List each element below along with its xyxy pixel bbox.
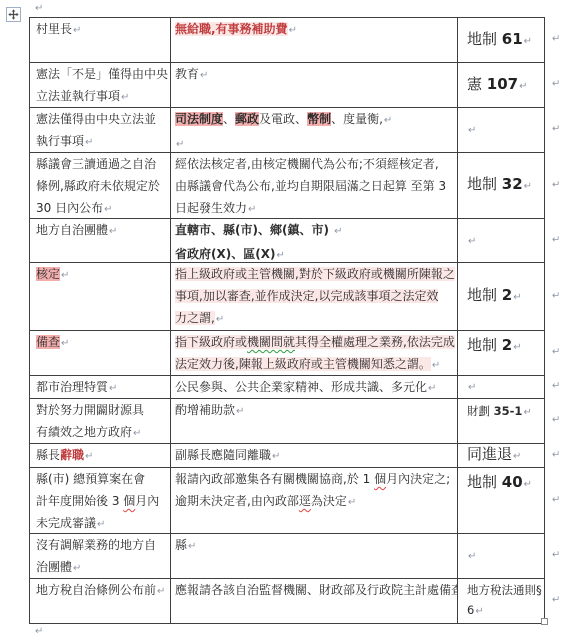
text-line: 司法制度、郵政及電政、幣制、度量衡,↵: [175, 108, 454, 132]
text-segment: 財劃: [467, 404, 494, 418]
table-row: 村里長↵無給職,有事務補助費↵地制 61↵↵: [30, 18, 544, 63]
text-line: 地方稅法通則§: [467, 580, 540, 600]
citation-cell[interactable]: 地制 40↵: [458, 468, 542, 533]
text-segment: 61: [502, 30, 523, 48]
table-row: 憲法「不是」僅得由中央立法並執行事項↵教育↵憲 107↵↵: [30, 63, 544, 108]
text-line: 備查↵: [36, 331, 165, 355]
term-cell[interactable]: 核定↵: [30, 263, 171, 330]
text-segment: 由縣議會代為公布,並均自期限屆滿之日起算 至第 3: [175, 179, 446, 193]
end-of-cell-mark: ↵: [348, 497, 356, 508]
text-line: 村里長↵: [36, 18, 165, 42]
text-line: 教育↵: [175, 63, 454, 87]
end-of-cell-mark: ↵: [200, 70, 208, 81]
text-segment: 沒有調解業務的地方自: [36, 538, 156, 552]
paragraph-mark: ↵: [35, 627, 43, 637]
table-row: 憲法僅得由中央立法並執行事項↵司法制度、郵政及電政、幣制、度量衡,↵↵↵↵: [30, 108, 544, 153]
text-segment: 憲法「不是」僅得由中央: [36, 67, 168, 81]
definition-cell[interactable]: 指下級政府或機關間就其得全權處理之業務,依法完成法定效力後,陳報上級政府或主管機…: [171, 331, 458, 375]
definition-cell[interactable]: 經依法核定者,由核定機關代為公布;不須經核定者,由縣議會代為公布,並均自期限屆滿…: [171, 153, 458, 218]
definition-cell[interactable]: 縣↵: [171, 534, 458, 578]
text-segment: 縣議會三讀通過之自治: [36, 157, 156, 171]
text-line: 地方自治團體↵: [36, 219, 165, 243]
definition-cell[interactable]: 應報請各該自治監督機關、財政部及行政院主計處備查 ↵: [171, 579, 458, 623]
end-of-row-mark: ↵: [552, 596, 560, 606]
text-segment: 教育: [175, 67, 199, 81]
end-of-cell-mark: ↵: [432, 360, 440, 371]
end-of-row-mark: ↵: [552, 35, 560, 45]
text-line: 地制 40↵: [467, 470, 540, 497]
end-of-cell-mark: ↵: [109, 383, 117, 394]
text-segment: 經依法核定者,由核定機關代為公布;不須經核定者,: [175, 157, 439, 171]
text-line: 直轄市、縣(市)、鄉(鎮、市) ↵: [175, 219, 454, 243]
text-line: 報請內政部邀集各有關機關協商,於 1 個月內決定之;: [175, 468, 454, 490]
end-of-cell-mark: ↵: [519, 81, 527, 92]
text-segment: 省政府(X)、區(X): [175, 247, 275, 261]
end-of-cell-mark: ↵: [468, 125, 476, 136]
text-segment: 機關間就: [247, 335, 295, 349]
definition-cell[interactable]: 指上級政府或主管機關,對於下級政府或機關所陳報之事項,加以審查,並作成決定,以完…: [171, 263, 458, 330]
text-segment: 治團體: [36, 560, 72, 574]
text-segment: 村里長: [36, 22, 72, 36]
table-row: 縣議會三讀通過之自治條例,縣政府未依規定於30 日內公布↵經依法核定者,由核定機…: [30, 153, 544, 219]
text-segment: 對於努力開闢財源具: [36, 403, 144, 417]
text-segment: 憲: [467, 75, 487, 93]
text-line: 地制 2↵: [467, 283, 540, 310]
text-line: 縣(市) 總預算案在會: [36, 468, 165, 490]
text-segment: 指上級政府或主管機關,對於下級政府或機關所陳報之: [175, 267, 455, 281]
text-segment: 司法制度: [175, 112, 223, 126]
end-of-cell-mark: ↵: [61, 338, 69, 349]
text-segment: 為決定: [311, 494, 347, 508]
term-cell[interactable]: 憲法「不是」僅得由中央立法並執行事項↵: [30, 63, 171, 107]
term-cell[interactable]: 沒有調解業務的地方自治團體↵: [30, 534, 171, 578]
text-segment: 備查: [36, 335, 60, 349]
text-segment: 力之謂,: [175, 311, 215, 325]
text-segment: 同進退: [467, 445, 512, 463]
text-line: 縣↵: [175, 534, 454, 558]
text-segment: 縣長: [36, 448, 60, 462]
end-of-row-mark: ↵: [552, 291, 560, 301]
text-segment: 2: [502, 286, 512, 304]
text-line: 法定效力後,陳報上級政府或主管機關知悉之謂。↵: [175, 353, 454, 375]
text-segment: 其得全權處理之業務,依法完成: [295, 335, 455, 349]
end-of-cell-mark: ↵: [133, 428, 141, 439]
text-segment: 條例,縣政府未依規定於: [36, 179, 160, 193]
text-line: 由縣議會代為公布,並均自期限屆滿之日起算 至第 3: [175, 175, 454, 197]
end-of-row-mark: ↵: [552, 382, 560, 392]
citation-cell[interactable]: ↵: [458, 219, 542, 262]
text-segment: 直轄市、縣(市)、鄉(鎮、市): [175, 223, 333, 237]
end-of-cell-mark: ↵: [289, 25, 297, 36]
citation-cell[interactable]: 憲 107↵: [458, 63, 542, 107]
term-cell[interactable]: 地方稅自治條例公布前↵: [30, 579, 171, 623]
text-line: 地制 32↵: [467, 172, 540, 199]
text-segment: 逕: [299, 494, 311, 508]
text-segment: 地制: [467, 336, 502, 354]
text-line: 應報請各該自治監督機關、財政部及行政院主計處備查 ↵: [175, 579, 454, 603]
text-line: 公民參與、公共企業家精神、形成共識、多元化↵: [175, 376, 454, 398]
definition-cell[interactable]: 無給職,有事務補助費↵: [171, 18, 458, 62]
text-segment: 32: [502, 175, 523, 193]
text-line: 無給職,有事務補助費↵: [175, 18, 454, 42]
end-of-cell-mark: ↵: [334, 226, 342, 237]
text-line: 計年度開始後 3 個月內: [36, 490, 165, 512]
text-segment: 都市治理特質: [36, 380, 108, 394]
text-segment: 有績效之地方政府: [36, 425, 132, 439]
end-of-cell-mark: ↵: [188, 541, 196, 552]
text-line: 憲 107↵: [467, 72, 540, 99]
text-line: 指下級政府或機關間就其得全權處理之業務,依法完成: [175, 331, 454, 353]
table-row: 核定↵指上級政府或主管機關,對於下級政府或機關所陳報之事項,加以審查,並作成決定…: [30, 263, 544, 331]
term-cell[interactable]: 縣長辭職↵: [30, 444, 171, 467]
text-line: 未完成審議↵: [36, 512, 165, 533]
text-segment: 月內決定之;: [386, 472, 450, 486]
end-of-cell-mark: ↵: [475, 606, 483, 617]
citation-cell[interactable]: 地方稅法通則§6↵: [458, 579, 542, 623]
text-segment: 地方稅自治條例公布前: [36, 583, 156, 597]
text-segment: 縣: [175, 538, 187, 552]
definition-cell[interactable]: 公民參與、公共企業家精神、形成共識、多元化↵: [171, 376, 458, 398]
end-of-cell-mark: ↵: [524, 479, 532, 490]
text-segment: 107: [487, 75, 518, 93]
end-of-cell-mark: ↵: [513, 451, 521, 462]
text-line: 日起發生效力↵: [175, 197, 454, 218]
end-of-cell-mark: ↵: [513, 342, 521, 353]
citation-cell[interactable]: ↵: [458, 108, 542, 152]
text-segment: 、度量衡,: [331, 112, 383, 126]
text-line: ↵: [467, 118, 540, 142]
text-segment: 地方稅法通則§: [467, 583, 542, 597]
table-row: 備查↵指下級政府或機關間就其得全權處理之業務,依法完成法定效力後,陳報上級政府或…: [30, 331, 544, 376]
end-of-cell-mark: ↵: [384, 115, 392, 126]
text-segment: 應報請各該自治監督機關、財政部及行政院主計處備查: [175, 583, 458, 597]
text-segment: 辭職: [60, 448, 84, 462]
citation-cell[interactable]: 地制 61↵: [458, 18, 542, 62]
citation-cell[interactable]: ↵: [458, 534, 542, 578]
text-line: 副縣長應隨同離職↵: [175, 444, 454, 467]
end-of-cell-mark: ↵: [428, 383, 436, 394]
text-segment: 縣(市) 總預算案在會: [36, 472, 145, 486]
text-segment: 酌增補助款: [175, 403, 235, 417]
end-of-cell-mark: ↵: [524, 181, 532, 192]
table-resize-handle[interactable]: [541, 618, 548, 625]
definition-cell[interactable]: 副縣長應隨同離職↵: [171, 444, 458, 467]
term-cell[interactable]: 備查↵: [30, 331, 171, 375]
end-of-cell-mark: ↵: [85, 451, 93, 462]
end-of-cell-mark: ↵: [468, 236, 476, 247]
citation-cell[interactable]: 地制 2↵: [458, 331, 542, 375]
citation-cell[interactable]: 財劃 35-1↵: [458, 399, 542, 443]
term-cell[interactable]: 村里長↵: [30, 18, 171, 62]
text-segment: 幣制: [307, 112, 331, 126]
end-of-cell-mark: ↵: [216, 314, 224, 325]
text-segment: 個: [123, 494, 135, 508]
text-line: 核定↵: [36, 263, 165, 287]
end-of-cell-mark: ↵: [272, 451, 280, 462]
text-segment: 地制: [467, 286, 502, 304]
text-segment: 個: [374, 472, 386, 486]
text-line: 酌增補助款↵: [175, 399, 454, 423]
end-of-cell-mark: ↵: [468, 551, 476, 562]
text-line: 省政府(X)、區(X)↵: [175, 243, 454, 262]
citation-cell[interactable]: 地制 32↵: [458, 153, 542, 218]
end-of-cell-mark: ↵: [513, 292, 521, 303]
text-line: 財劃 35-1↵: [467, 401, 540, 423]
end-of-row-mark: ↵: [552, 416, 560, 426]
paragraph-mark: ↵: [35, 4, 43, 14]
text-line: 縣議會三讀通過之自治: [36, 153, 165, 175]
definition-cell[interactable]: 報請內政部邀集各有關機關協商,於 1 個月內決定之;逾期未決定者,由內政部逕為決…: [171, 468, 458, 533]
term-cell[interactable]: 縣(市) 總預算案在會計年度開始後 3 個月內未完成審議↵: [30, 468, 171, 533]
text-line: 30 日內公布↵: [36, 197, 165, 218]
text-segment: 地制: [467, 30, 502, 48]
end-of-cell-mark: ↵: [97, 519, 105, 530]
table-row: 地方自治團體↵直轄市、縣(市)、鄉(鎮、市) ↵省政府(X)、區(X)↵↵↵: [30, 219, 544, 263]
text-segment: 及電政、: [259, 112, 307, 126]
text-line: 指上級政府或主管機關,對於下級政府或機關所陳報之: [175, 263, 454, 285]
text-line: 地方稅自治條例公布前↵: [36, 579, 165, 603]
definition-cell[interactable]: 司法制度、郵政及電政、幣制、度量衡,↵↵: [171, 108, 458, 152]
text-line: 力之謂,↵: [175, 307, 454, 330]
text-line: 治團體↵: [36, 556, 165, 578]
end-of-cell-mark: ↵: [73, 25, 81, 36]
table-row: 縣(市) 總預算案在會計年度開始後 3 個月內未完成審議↵報請內政部邀集各有關機…: [30, 468, 544, 534]
citation-cell[interactable]: 地制 2↵: [458, 263, 542, 330]
text-segment: 地制: [467, 473, 502, 491]
doc-table: 村里長↵無給職,有事務補助費↵地制 61↵↵憲法「不是」僅得由中央立法並執行事項…: [29, 17, 545, 624]
end-of-row-mark: ↵: [552, 180, 560, 190]
table-row: 對於努力開闢財源具有績效之地方政府↵酌增補助款↵財劃 35-1↵↵: [30, 399, 544, 444]
table-row: 都市治理特質↵公民參與、公共企業家精神、形成共識、多元化↵↵↵: [30, 376, 544, 399]
citation-cell[interactable]: ↵: [458, 376, 542, 398]
text-line: ↵: [467, 376, 540, 398]
end-of-cell-mark: ↵: [276, 250, 284, 261]
table-row: 地方稅自治條例公布前↵應報請各該自治監督機關、財政部及行政院主計處備查 ↵地方稅…: [30, 579, 544, 623]
end-of-cell-mark: ↵: [157, 586, 165, 597]
end-of-row-mark: ↵: [552, 80, 560, 90]
text-segment: 核定: [36, 267, 60, 281]
text-segment: 郵政: [235, 112, 259, 126]
text-segment: 35-1: [494, 404, 523, 418]
text-line: 沒有調解業務的地方自: [36, 534, 165, 556]
end-of-cell-mark: ↵: [85, 137, 93, 148]
text-segment: 40: [502, 473, 523, 491]
text-segment: 執行事項: [36, 134, 84, 148]
definition-cell[interactable]: 酌增補助款↵: [171, 399, 458, 443]
text-segment: 事項,加以審查,並作成決定,以完成該事項之法定效: [175, 289, 438, 303]
end-of-cell-mark: ↵: [248, 204, 256, 215]
table-move-handle[interactable]: [6, 7, 21, 22]
definition-cell[interactable]: 教育↵: [171, 63, 458, 107]
end-of-row-mark: ↵: [552, 348, 560, 358]
text-line: 事項,加以審查,並作成決定,以完成該事項之法定效: [175, 285, 454, 307]
text-line: 憲法僅得由中央立法並: [36, 108, 165, 130]
text-line: 都市治理特質↵: [36, 376, 165, 398]
move-arrows-icon: [8, 9, 19, 20]
text-segment: 2: [502, 336, 512, 354]
term-cell[interactable]: 地方自治團體↵: [30, 219, 171, 262]
table-row: 沒有調解業務的地方自治團體↵縣↵↵↵: [30, 534, 544, 579]
text-segment: 日起發生效力: [175, 201, 247, 215]
text-segment: 6: [467, 603, 474, 617]
term-cell[interactable]: 憲法僅得由中央立法並執行事項↵: [30, 108, 171, 152]
end-of-row-mark: ↵: [552, 450, 560, 460]
text-segment: 月內: [135, 494, 159, 508]
definition-cell[interactable]: 直轄市、縣(市)、鄉(鎮、市) ↵省政府(X)、區(X)↵: [171, 219, 458, 262]
text-segment: 30 日內公布: [36, 201, 103, 215]
text-line: 對於努力開闢財源具: [36, 399, 165, 421]
text-line: 立法並執行事項↵: [36, 85, 165, 107]
term-cell[interactable]: 對於努力開闢財源具有績效之地方政府↵: [30, 399, 171, 443]
end-of-cell-mark: ↵: [104, 204, 112, 215]
text-line: 執行事項↵: [36, 130, 165, 152]
text-line: ↵: [175, 132, 454, 152]
text-line: 地制 61↵: [467, 27, 540, 54]
text-segment: 無給職,有事務補助費: [175, 22, 288, 36]
table-row: 縣長辭職↵副縣長應隨同離職↵同進退↵↵: [30, 444, 544, 468]
text-segment: 未完成審議: [36, 516, 96, 530]
text-segment: 計年度開始後 3: [36, 494, 123, 508]
text-line: 有績效之地方政府↵: [36, 421, 165, 443]
text-line: 同進退↵: [467, 444, 540, 467]
text-line: 6↵: [467, 600, 540, 622]
text-segment: 報請內政部邀集各有關機關協商,於 1: [175, 472, 374, 486]
end-of-cell-mark: ↵: [61, 270, 69, 281]
text-segment: 逾期未決定者,由內政部: [175, 494, 299, 508]
citation-cell[interactable]: 同進退↵: [458, 444, 542, 467]
text-line: 地制 2↵: [467, 333, 540, 360]
end-of-cell-mark: ↵: [109, 226, 117, 237]
text-segment: 副縣長應隨同離職: [175, 448, 271, 462]
text-line: ↵: [467, 544, 540, 568]
text-segment: 、: [223, 112, 235, 126]
text-segment: 法定效力後,陳報上級政府或主管機關知悉之謂。: [175, 357, 431, 371]
text-segment: 立法並執行事項: [36, 89, 120, 103]
text-line: 條例,縣政府未依規定於: [36, 175, 165, 197]
text-segment: 公民參與、公共企業家精神、形成共識、多元化: [175, 380, 427, 394]
text-segment: 地方自治團體: [36, 223, 108, 237]
text-segment: 地制: [467, 175, 502, 193]
text-line: 經依法核定者,由核定機關代為公布;不須經核定者,: [175, 153, 454, 175]
text-line: ↵: [467, 229, 540, 253]
text-segment: 指下級政府或: [175, 335, 247, 349]
end-of-row-mark: ↵: [552, 235, 560, 245]
end-of-row-mark: ↵: [552, 495, 560, 505]
end-of-cell-mark: ↵: [236, 406, 244, 417]
end-of-cell-mark: ↵: [73, 563, 81, 574]
text-line: 縣長辭職↵: [36, 444, 165, 467]
end-of-cell-mark: ↵: [524, 36, 532, 47]
end-of-cell-mark: ↵: [121, 92, 129, 103]
end-of-row-mark: ↵: [552, 125, 560, 135]
end-of-cell-mark: ↵: [468, 382, 476, 393]
term-cell[interactable]: 都市治理特質↵: [30, 376, 171, 398]
text-line: 憲法「不是」僅得由中央: [36, 63, 165, 85]
text-segment: 憲法僅得由中央立法並: [36, 112, 156, 126]
end-of-cell-mark: ↵: [176, 139, 184, 150]
end-of-row-mark: ↵: [552, 551, 560, 561]
end-of-cell-mark: ↵: [523, 407, 531, 418]
term-cell[interactable]: 縣議會三讀通過之自治條例,縣政府未依規定於30 日內公布↵: [30, 153, 171, 218]
text-line: 逾期未決定者,由內政部逕為決定↵: [175, 490, 454, 514]
